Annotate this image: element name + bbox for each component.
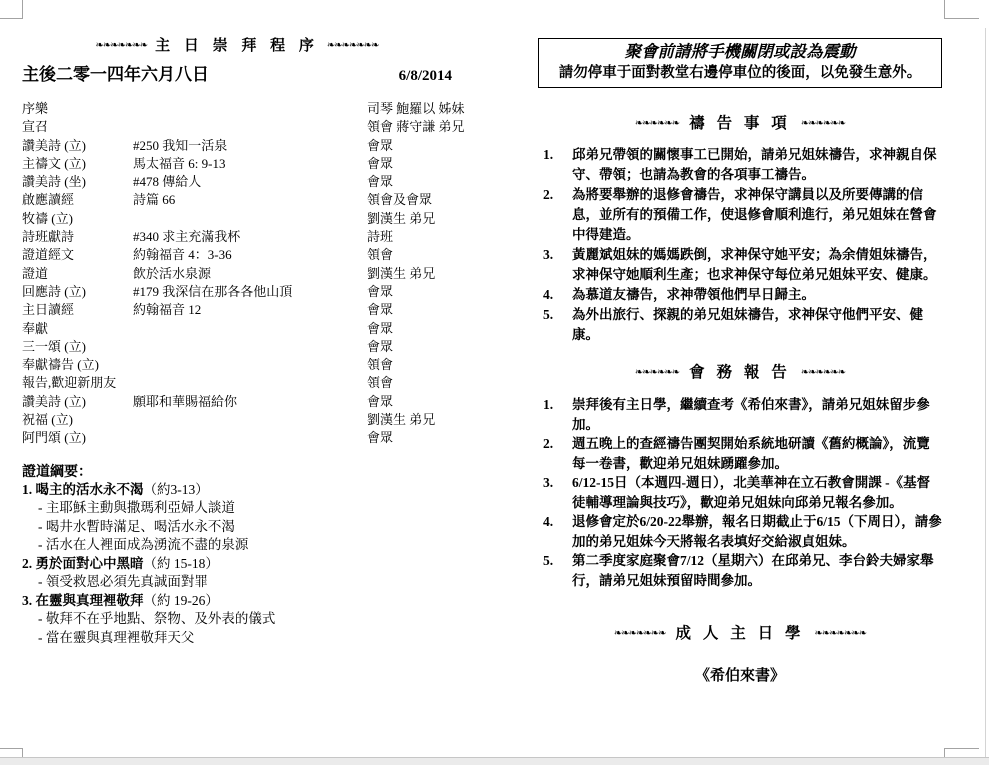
program-item: 阿門頌 (立) <box>22 429 133 447</box>
program-person: 會眾 <box>367 338 452 356</box>
program-row: 讚美詩 (坐)#478 傳給人會眾 <box>22 173 452 191</box>
crop-mark-top-right <box>944 0 979 19</box>
program-detail: 詩篇 66 <box>133 191 367 209</box>
program-person: 領會及會眾 <box>367 191 452 209</box>
sunday-school-book-title: 《希伯來書》 <box>538 664 942 685</box>
program-row: 奉獻會眾 <box>22 320 452 338</box>
announcement-item-text: 第二季度家庭聚會7/12（星期六）在邱弟兄、李台鈴夫婦家舉行，請弟兄姐妹預留時間… <box>572 551 942 590</box>
program-row: 讚美詩 (立)願耶和華賜福給你會眾 <box>22 393 452 411</box>
program-detail <box>133 118 367 136</box>
program-item: 證道 <box>22 265 133 283</box>
worship-program-column: ❧❧❧❧❧❧❧主 日 崇 拜 程 序❧❧❧❧❧❧❧ 主後二零一四年六月八日 6/… <box>22 34 452 647</box>
outline-point: 1. 喝主的活水永不渴（約3-13） <box>22 481 452 500</box>
outline-point-title: 3. 在靈與真理裡敬拜 <box>22 593 144 608</box>
program-row: 讚美詩 (立)#250 我知一活泉會眾 <box>22 137 452 155</box>
announcement-item-number: 4. <box>538 512 572 551</box>
program-item: 讚美詩 (立) <box>22 393 133 411</box>
announcement-item-text: 退修會定於6/20-22舉辦，報名日期截止于6/15（下周日），請參加的弟兄姐妹… <box>572 512 942 551</box>
program-person: 劉漢生 弟兄 <box>367 411 452 429</box>
program-detail: #340 求主充滿我杯 <box>133 228 367 246</box>
program-person: 詩班 <box>367 228 452 246</box>
prayer-section-header: ❧❧❧❧❧❧禱 告 事 項❧❧❧❧❧❧ <box>538 111 942 133</box>
program-person: 領會 <box>367 374 452 392</box>
notice-box: 聚會前請將手機關閉或設為震動 請勿停車于面對教堂右邊停車位的後面，以免發生意外。 <box>538 38 942 88</box>
program-item: 奉獻 <box>22 320 133 338</box>
outline-point-title: 2. 勇於面對心中黑暗 <box>22 556 144 571</box>
prayer-item-number: 4. <box>538 285 572 305</box>
notice-line-phones: 聚會前請將手機關閉或設為震動 <box>543 41 937 63</box>
program-person: 領會 蔣守謙 弟兄 <box>367 118 465 136</box>
program-row: 主禱文 (立)馬太福音 6: 9-13會眾 <box>22 155 452 173</box>
program-row: 報告,歡迎新朋友領會 <box>22 374 452 392</box>
announcement-item-text: 週五晚上的查經禱告團契開始系統地研讀《舊約概論》，流覽每一卷書，歡迎弟兄姐妹踴躍… <box>572 434 942 473</box>
announcements-section-header: ❧❧❧❧❧❧會 務 報 告❧❧❧❧❧❧ <box>538 360 942 382</box>
page-bottom-margin <box>0 757 989 765</box>
program-detail: #179 我深信在那各各他山頂 <box>133 283 367 301</box>
program-detail <box>133 320 367 338</box>
announcement-item-number: 3. <box>538 473 572 512</box>
outline-point-title: 1. 喝主的活水永不渴 <box>22 482 144 497</box>
prayer-item-number: 2. <box>538 185 572 245</box>
program-detail <box>133 338 367 356</box>
announcement-item-number: 1. <box>538 395 572 434</box>
program-person: 會眾 <box>367 283 452 301</box>
outline-point-ref: （約 15-18） <box>144 556 219 571</box>
program-item: 啟應讀經 <box>22 191 133 209</box>
program-row: 祝福 (立)劉漢生 弟兄 <box>22 411 452 429</box>
announcements-section-title: 會 務 報 告 <box>689 364 791 381</box>
outline-point: 3. 在靈與真理裡敬拜（約 19-26） <box>22 592 452 611</box>
outline-point: 2. 勇於面對心中黑暗（約 15-18） <box>22 555 452 574</box>
program-row: 主日讀經約翰福音 12會眾 <box>22 301 452 319</box>
announcement-item: 2.週五晚上的查經禱告團契開始系統地研讀《舊約概論》，流覽每一卷書，歡迎弟兄姐妹… <box>538 434 942 473</box>
program-detail: #478 傳給人 <box>133 173 367 191</box>
outline-subpoint: - 當在靈與真理裡敬拜天父 <box>22 629 452 648</box>
program-row: 牧禱 (立)劉漢生 弟兄 <box>22 210 452 228</box>
program-row: 序樂司琴 鮑羅以 姊妹 <box>22 100 452 118</box>
program-person: 會眾 <box>367 429 452 447</box>
program-person: 司琴 鮑羅以 姊妹 <box>367 100 465 118</box>
prayer-items-list: 1.邱弟兄帶領的關懷事工已開始，請弟兄姐妹禱告，求神親自保守、帶領；也請為教會的… <box>538 145 942 345</box>
ornament-chain-icon: ❧❧❧❧❧❧ <box>801 367 845 378</box>
program-person: 劉漢生 弟兄 <box>367 210 452 228</box>
page-title-text: 主 日 崇 拜 程 序 <box>155 38 319 54</box>
program-row: 回應詩 (立)#179 我深信在那各各他山頂會眾 <box>22 283 452 301</box>
announcement-item: 4.退修會定於6/20-22舉辦，報名日期截止于6/15（下周日），請參加的弟兄… <box>538 512 942 551</box>
announcement-item-number: 2. <box>538 434 572 473</box>
program-row: 證道飲於活水泉源劉漢生 弟兄 <box>22 265 452 283</box>
program-person: 會眾 <box>367 320 452 338</box>
program-detail: 馬太福音 6: 9-13 <box>133 155 367 173</box>
prayer-item: 3.黃麗斌姐妹的媽媽跌倒，求神保守她平安；為余倩姐妹禱告，求神保守她順利生產；也… <box>538 245 942 285</box>
crop-mark-top-left <box>0 0 23 19</box>
outline-subpoint: - 喝井水暫時滿足、喝活水永不渴 <box>22 518 452 537</box>
prayer-item-text: 黃麗斌姐妹的媽媽跌倒，求神保守她平安；為余倩姐妹禱告，求神保守她順利生產；也求神… <box>572 245 942 285</box>
announcement-item: 5.第二季度家庭聚會7/12（星期六）在邱弟兄、李台鈴夫婦家舉行，請弟兄姐妹預留… <box>538 551 942 590</box>
ornament-chain-icon: ❧❧❧❧❧❧❧ <box>95 40 147 51</box>
ornament-chain-icon: ❧❧❧❧❧❧❧ <box>327 40 379 51</box>
announcements-column: 聚會前請將手機關閉或設為震動 請勿停車于面對教堂右邊停車位的後面，以免發生意外。… <box>538 38 942 685</box>
ornament-chain-icon: ❧❧❧❧❧❧ <box>635 367 679 378</box>
program-item: 證道經文 <box>22 246 133 264</box>
program-person: 會眾 <box>367 393 452 411</box>
announcement-item-text: 崇拜後有主日學，繼續查考《希伯來書》，請弟兄姐妹留步參加。 <box>572 395 942 434</box>
prayer-item: 1.邱弟兄帶領的關懷事工已開始，請弟兄姐妹禱告，求神親自保守、帶領；也請為教會的… <box>538 145 942 185</box>
program-detail: 約翰福音 12 <box>133 301 367 319</box>
program-person: 會眾 <box>367 155 452 173</box>
prayer-item-number: 3. <box>538 245 572 285</box>
program-row: 阿門頌 (立)會眾 <box>22 429 452 447</box>
program-item: 讚美詩 (坐) <box>22 173 133 191</box>
program-row: 三一頌 (立)會眾 <box>22 338 452 356</box>
program-item: 主禱文 (立) <box>22 155 133 173</box>
outline-subpoint: - 敬拜不在乎地點、祭物、及外表的儀式 <box>22 610 452 629</box>
sermon-outline-heading: 證道綱要： <box>22 461 452 481</box>
outline-point-ref: （約 19-26） <box>144 593 219 608</box>
ornament-chain-icon: ❧❧❧❧❧❧ <box>635 118 679 129</box>
sermon-outline: 證道綱要： 1. 喝主的活水永不渴（約3-13） - 主耶穌主動與撒瑪利亞婦人談… <box>22 461 452 648</box>
prayer-item: 4.為慕道友禱告，求神帶領他們早日歸主。 <box>538 285 942 305</box>
program-row: 宣召領會 蔣守謙 弟兄 <box>22 118 452 136</box>
date-row: 主後二零一四年六月八日 6/8/2014 <box>22 60 452 85</box>
prayer-item: 2.為將要舉辦的退修會禱告，求神保守講員以及所要傳講的信息，並所有的預備工作，使… <box>538 185 942 245</box>
outline-subpoint: - 領受救恩必須先真誠面對罪 <box>22 573 452 592</box>
program-row: 證道經文約翰福音 4：3-36領會 <box>22 246 452 264</box>
program-item: 讚美詩 (立) <box>22 137 133 155</box>
outline-subpoint: - 活水在人裡面成為湧流不盡的泉源 <box>22 536 452 555</box>
program-row: 詩班獻詩#340 求主充滿我杯詩班 <box>22 228 452 246</box>
prayer-item-text: 為將要舉辦的退修會禱告，求神保守講員以及所要傳講的信息，並所有的預備工作，使退修… <box>572 185 942 245</box>
program-person: 領會 <box>367 356 452 374</box>
program-detail: 飲於活水泉源 <box>133 265 367 283</box>
program-detail <box>133 210 367 228</box>
program-row: 啟應讀經詩篇 66領會及會眾 <box>22 191 452 209</box>
announcement-item: 1.崇拜後有主日學，繼續查考《希伯來書》，請弟兄姐妹留步參加。 <box>538 395 942 434</box>
announcement-item-number: 5. <box>538 551 572 590</box>
ornament-chain-icon: ❧❧❧❧❧❧❧ <box>815 628 867 639</box>
program-detail <box>133 429 367 447</box>
page-title: ❧❧❧❧❧❧❧主 日 崇 拜 程 序❧❧❧❧❧❧❧ <box>22 34 452 55</box>
program-row: 奉獻禱告 (立)領會 <box>22 356 452 374</box>
program-detail <box>133 356 367 374</box>
program-detail: #250 我知一活泉 <box>133 137 367 155</box>
program-item: 回應詩 (立) <box>22 283 133 301</box>
program-detail <box>133 100 367 118</box>
program-detail <box>133 374 367 392</box>
notice-line-parking: 請勿停車于面對教堂右邊停車位的後面，以免發生意外。 <box>543 63 937 83</box>
date-numeric: 6/8/2014 <box>399 68 452 85</box>
prayer-item-text: 邱弟兄帶領的關懷事工已開始，請弟兄姐妹禱告，求神親自保守、帶領；也請為教會的各項… <box>572 145 942 185</box>
program-detail <box>133 411 367 429</box>
prayer-item-number: 5. <box>538 305 572 345</box>
date-chinese: 主後二零一四年六月八日 <box>22 60 209 85</box>
program-item: 報告,歡迎新朋友 <box>22 374 133 392</box>
program-item: 主日讀經 <box>22 301 133 319</box>
prayer-item-text: 為外出旅行、探親的弟兄姐妹禱告，求神保守他們平安、健康。 <box>572 305 942 345</box>
program-item: 牧禱 (立) <box>22 210 133 228</box>
announcement-items-list: 1.崇拜後有主日學，繼續查考《希伯來書》，請弟兄姐妹留步參加。 2.週五晚上的查… <box>538 395 942 590</box>
bulletin-page: ❧❧❧❧❧❧❧主 日 崇 拜 程 序❧❧❧❧❧❧❧ 主後二零一四年六月八日 6/… <box>0 0 989 765</box>
outline-subpoint: - 主耶穌主動與撒瑪利亞婦人談道 <box>22 499 452 518</box>
program-person: 會眾 <box>367 137 452 155</box>
sunday-school-section-header: ❧❧❧❧❧❧❧成 人 主 日 學❧❧❧❧❧❧❧ <box>538 621 942 643</box>
program-detail: 願耶和華賜福給你 <box>133 393 367 411</box>
program-person: 會眾 <box>367 301 452 319</box>
program-item: 奉獻禱告 (立) <box>22 356 133 374</box>
program-person: 領會 <box>367 246 452 264</box>
sunday-school-section-title: 成 人 主 日 學 <box>675 625 804 642</box>
outline-point-ref: （約3-13） <box>144 482 209 497</box>
ornament-chain-icon: ❧❧❧❧❧❧ <box>801 118 845 129</box>
announcement-item-text: 6/12-15日（本週四-週日），北美華神在立石教會開課 -《基督徒輔導理論與技… <box>572 473 942 512</box>
program-item: 序樂 <box>22 100 133 118</box>
program-item: 三一頌 (立) <box>22 338 133 356</box>
ornament-chain-icon: ❧❧❧❧❧❧❧ <box>614 628 666 639</box>
program-detail: 約翰福音 4：3-36 <box>133 246 367 264</box>
announcement-item: 3.6/12-15日（本週四-週日），北美華神在立石教會開課 -《基督徒輔導理論… <box>538 473 942 512</box>
program-person: 劉漢生 弟兄 <box>367 265 452 283</box>
prayer-item-number: 1. <box>538 145 572 185</box>
program-item: 詩班獻詩 <box>22 228 133 246</box>
page-edge-line <box>985 28 986 757</box>
prayer-item-text: 為慕道友禱告，求神帶領他們早日歸主。 <box>572 285 942 305</box>
prayer-item: 5.為外出旅行、探親的弟兄姐妹禱告，求神保守他們平安、健康。 <box>538 305 942 345</box>
program-item: 宣召 <box>22 118 133 136</box>
program-person: 會眾 <box>367 173 452 191</box>
prayer-section-title: 禱 告 事 項 <box>689 115 791 132</box>
program-item: 祝福 (立) <box>22 411 133 429</box>
worship-program-table: 序樂司琴 鮑羅以 姊妹 宣召領會 蔣守謙 弟兄 讚美詩 (立)#250 我知一活… <box>22 100 452 448</box>
